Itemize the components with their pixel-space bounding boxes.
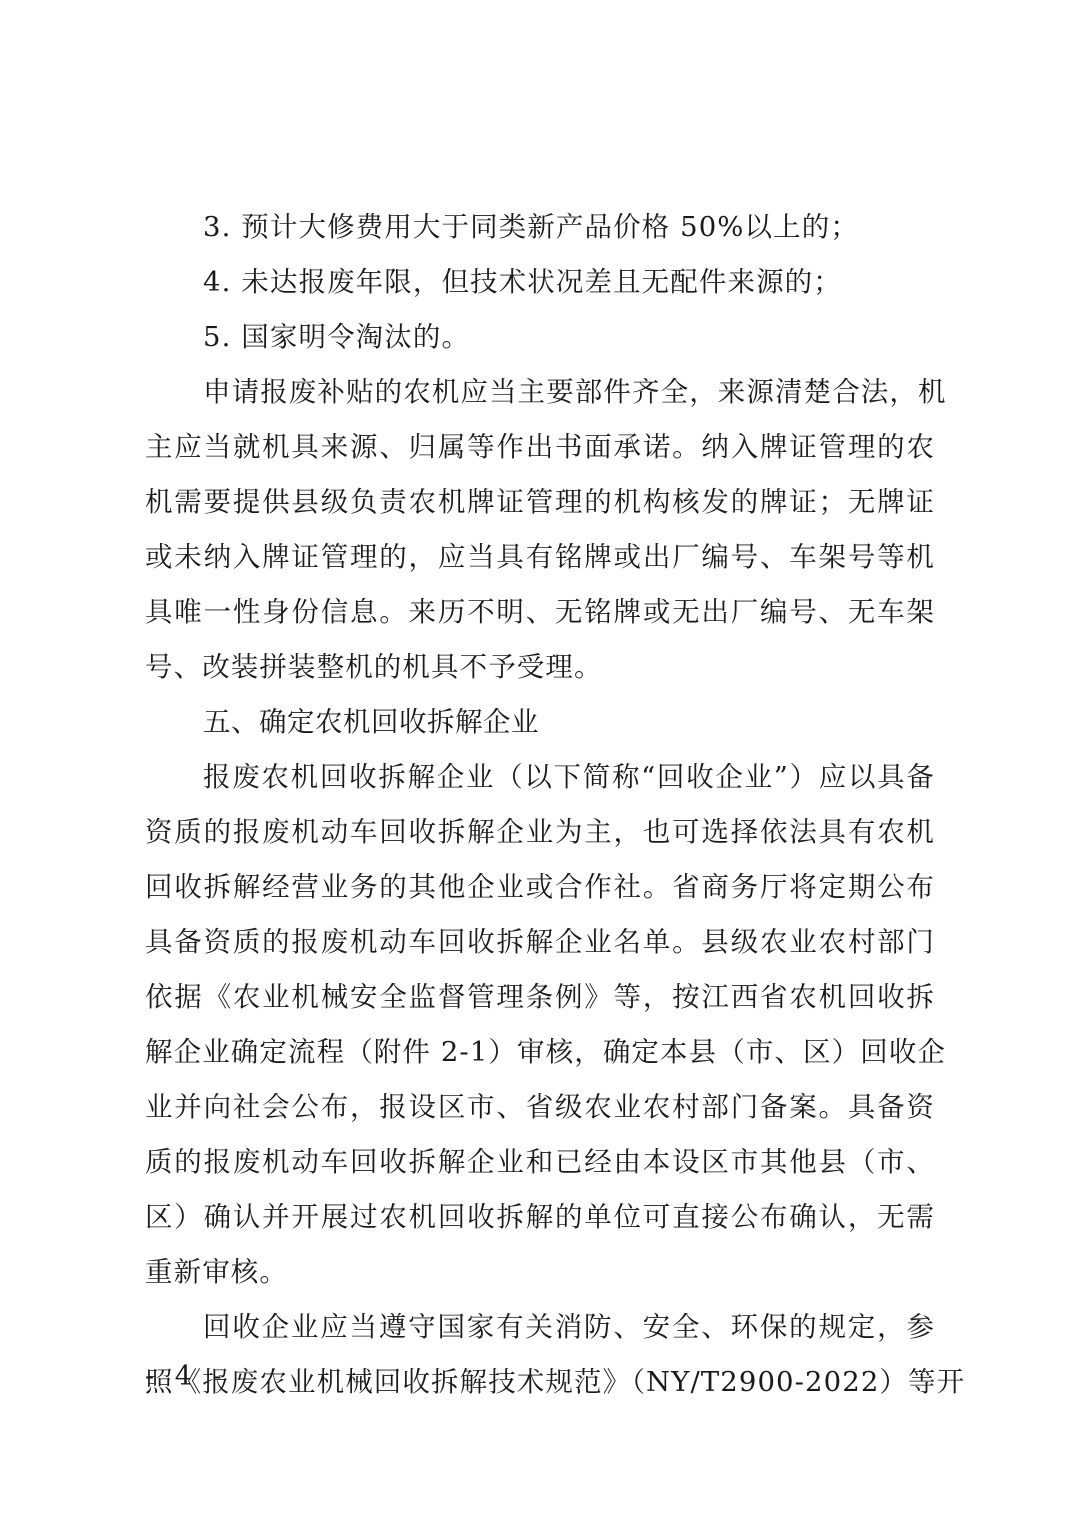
- paragraph-line: 机需要提供县级负责农机牌证管理的机构核发的牌证；无牌证: [145, 475, 935, 530]
- paragraph-line: 依据《农业机械安全监督管理条例》等，按江西省农机回收拆: [145, 970, 935, 1025]
- paragraph-line: 回收拆解经营业务的其他企业或合作社。省商务厅将定期公布: [145, 860, 935, 915]
- paragraph-line: 主应当就机具来源、归属等作出书面承诺。纳入牌证管理的农: [145, 420, 935, 475]
- paragraph-scrap-requirements: 申请报废补贴的农机应当主要部件齐全，来源清楚合法，机 主应当就机具来源、归属等作…: [145, 365, 935, 695]
- paragraph-line: 解企业确定流程（附件 2-1）审核，确定本县（市、区）回收企: [145, 1025, 935, 1080]
- paragraph-line: 质的报废机动车回收拆解企业和已经由本设区市其他县（市、: [145, 1135, 935, 1190]
- paragraph-line: 号、改装拼装整机的机具不予受理。: [145, 640, 935, 695]
- paragraph-recycling-enterprises: 报废农机回收拆解企业（以下简称“回收企业”）应以具备 资质的报废机动车回收拆解企…: [145, 750, 935, 1300]
- paragraph-line: 报废农机回收拆解企业（以下简称“回收企业”）应以具备: [145, 750, 935, 805]
- page-number: - 4 -: [145, 1362, 228, 1392]
- list-item-4: 4. 未达报废年限，但技术状况差且无配件来源的；: [145, 255, 935, 310]
- paragraph-line: 照《报废农业机械回收拆解技术规范》（NY/T2900-2022）等开: [145, 1355, 935, 1410]
- paragraph-line: 业并向社会公布，报设区市、省级农业农村部门备案。具备资: [145, 1080, 935, 1135]
- document-page: 3. 预计大修费用大于同类新产品价格 50%以上的； 4. 未达报废年限，但技术…: [145, 200, 935, 1410]
- paragraph-line: 重新审核。: [145, 1245, 935, 1300]
- paragraph-line: 具备资质的报废机动车回收拆解企业名单。县级农业农村部门: [145, 915, 935, 970]
- list-item-5: 5. 国家明令淘汰的。: [145, 310, 935, 365]
- paragraph-line: 回收企业应当遵守国家有关消防、安全、环保的规定，参: [145, 1300, 935, 1355]
- paragraph-line: 或未纳入牌证管理的，应当具有铭牌或出厂编号、车架号等机: [145, 530, 935, 585]
- list-item-3: 3. 预计大修费用大于同类新产品价格 50%以上的；: [145, 200, 935, 255]
- paragraph-compliance: 回收企业应当遵守国家有关消防、安全、环保的规定，参 照《报废农业机械回收拆解技术…: [145, 1300, 935, 1410]
- paragraph-line: 申请报废补贴的农机应当主要部件齐全，来源清楚合法，机: [145, 365, 935, 420]
- section-heading: 五、确定农机回收拆解企业: [145, 695, 935, 750]
- paragraph-line: 区）确认并开展过农机回收拆解的单位可直接公布确认，无需: [145, 1190, 935, 1245]
- paragraph-line: 资质的报废机动车回收拆解企业为主，也可选择依法具有农机: [145, 805, 935, 860]
- paragraph-line: 具唯一性身份信息。来历不明、无铭牌或无出厂编号、无车架: [145, 585, 935, 640]
